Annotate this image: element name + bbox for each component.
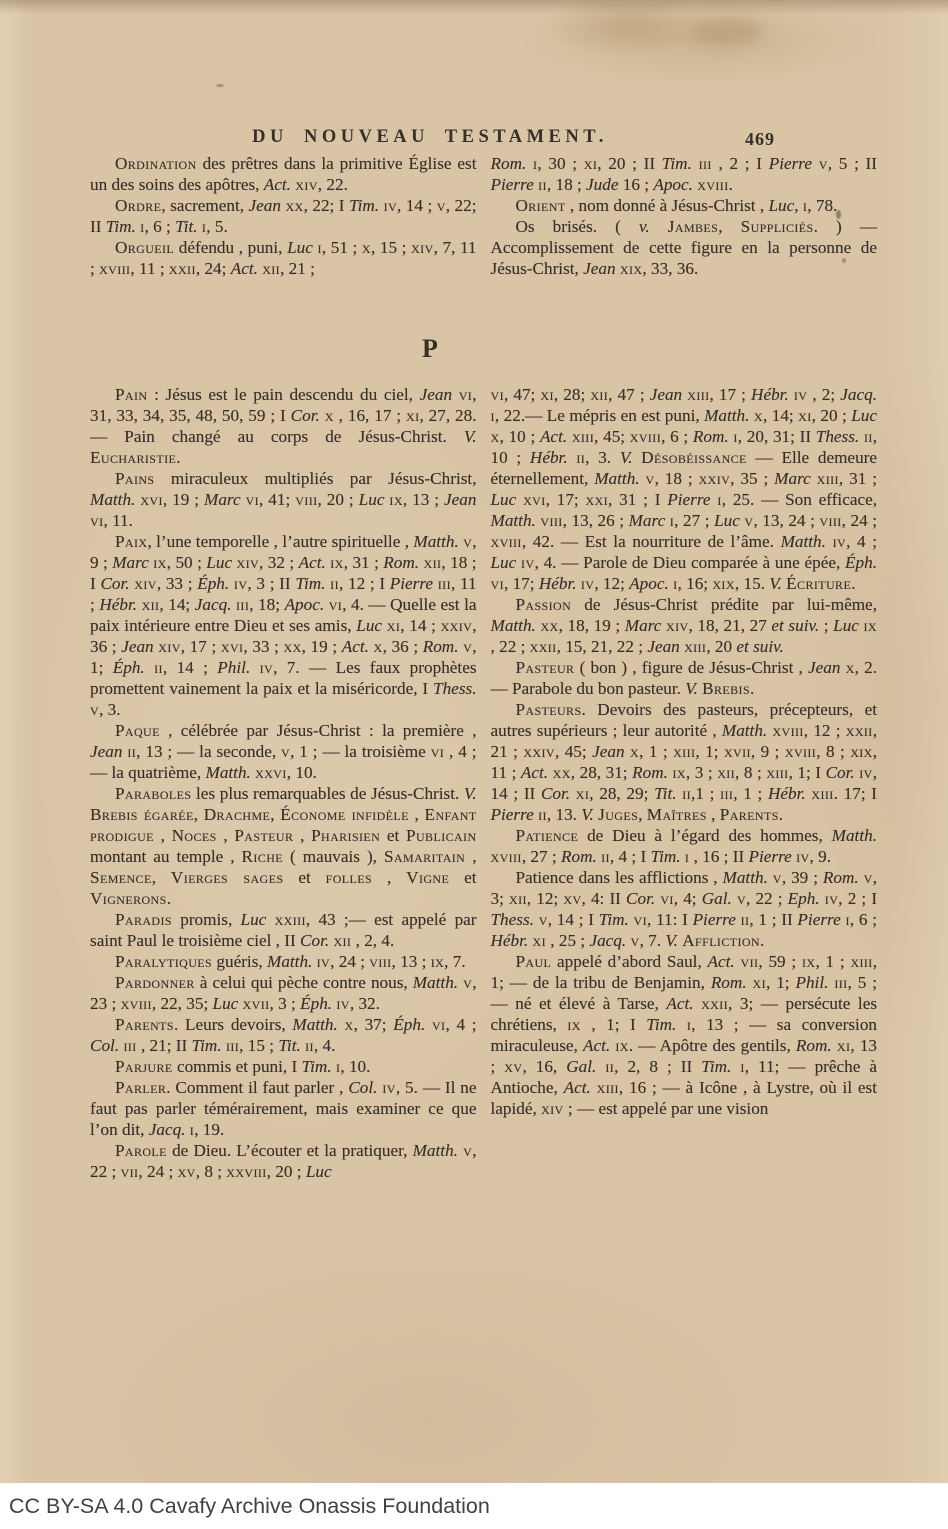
index-paragraph: Pain : Jésus est le pain descendu du cie… (90, 384, 477, 468)
index-paragraph: Ordre, sacrement, Jean xx, 22; I Tim. iv… (90, 195, 477, 237)
index-paragraph: Orient , nom donné à Jésus-Christ , Luc,… (491, 195, 878, 216)
index-paragraph: Passion de Jésus-Christ prédite par lui-… (491, 594, 878, 657)
scanned-page: DU NOUVEAU TESTAMENT. 469 Ordination des… (0, 0, 948, 1529)
index-paragraph: Patience de Dieu à l’égard des hommes, M… (491, 825, 878, 867)
index-paragraph: Parole de Dieu. L’écouter et la pratique… (90, 1140, 477, 1182)
main-text-block: Pain : Jésus est le pain descendu du cie… (90, 384, 877, 1182)
column-top-right: Rom. i, 30 ; xi, 20 ; II Tim. iii , 2 ; … (491, 153, 878, 279)
index-paragraph: vi, 47; xi, 28; xii, 47 ; Jean xiii, 17 … (491, 384, 878, 594)
index-paragraph: Os brisés. ( v. Jambes, Suppliciés. ) — … (491, 216, 878, 279)
running-title: DU NOUVEAU TESTAMENT. (95, 127, 765, 148)
license-bar: CC BY-SA 4.0 Cavafy Archive Onassis Foun… (0, 1483, 948, 1529)
index-paragraph: Orgueil défendu , puni, Luc i, 51 ; x, 1… (90, 237, 477, 279)
index-paragraph: Paralytiques guéris, Matth. iv, 24 ; vii… (90, 951, 477, 972)
column-top-left: Ordination des prêtres dans la primitive… (90, 153, 477, 279)
index-paragraph: Rom. i, 30 ; xi, 20 ; II Tim. iii , 2 ; … (491, 153, 878, 195)
index-paragraph: Paul appelé d’abord Saul, Act. vii, 59 ;… (491, 951, 878, 1119)
column-main-right: vi, 47; xi, 28; xii, 47 ; Jean xiii, 17 … (491, 384, 878, 1182)
license-caption: CC BY-SA 4.0 Cavafy Archive Onassis Foun… (0, 1494, 490, 1519)
index-paragraph: Paraboles les plus remarquables de Jésus… (90, 783, 477, 909)
index-paragraph: Pains miraculeux multipliés par Jésus-Ch… (90, 468, 477, 531)
index-paragraph: Pasteurs. Devoirs des pasteurs, précepte… (491, 699, 878, 825)
page-number: 469 (745, 129, 795, 150)
index-paragraph: Pardonner à celui qui pèche contre nous,… (90, 972, 477, 1014)
index-paragraph: Patience dans les afflictions , Matth. v… (491, 867, 878, 951)
index-paragraph: Ordination des prêtres dans la primitive… (90, 153, 477, 195)
section-letter: P (95, 334, 765, 364)
index-paragraph: Paradis promis, Luc xxiii, 43 ;— est app… (90, 909, 477, 951)
index-paragraph: Parents. Leurs devoirs, Matth. x, 37; Ép… (90, 1014, 477, 1056)
index-paragraph: Parler. Comment il faut parler , Col. iv… (90, 1077, 477, 1140)
index-paragraph: Paque , célébrée par Jésus-Christ : la p… (90, 720, 477, 783)
index-paragraph: Paix, l’une temporelle , l’autre spiritu… (90, 531, 477, 720)
index-paragraph: Parjure commis et puni, I Tim. i, 10. (90, 1056, 477, 1077)
index-paragraph: Pasteur ( bon ) , figure de Jésus-Christ… (491, 657, 878, 699)
column-main-left: Pain : Jésus est le pain descendu du cie… (90, 384, 477, 1182)
page-header: DU NOUVEAU TESTAMENT. (95, 127, 765, 153)
top-text-block: Ordination des prêtres dans la primitive… (90, 153, 877, 279)
